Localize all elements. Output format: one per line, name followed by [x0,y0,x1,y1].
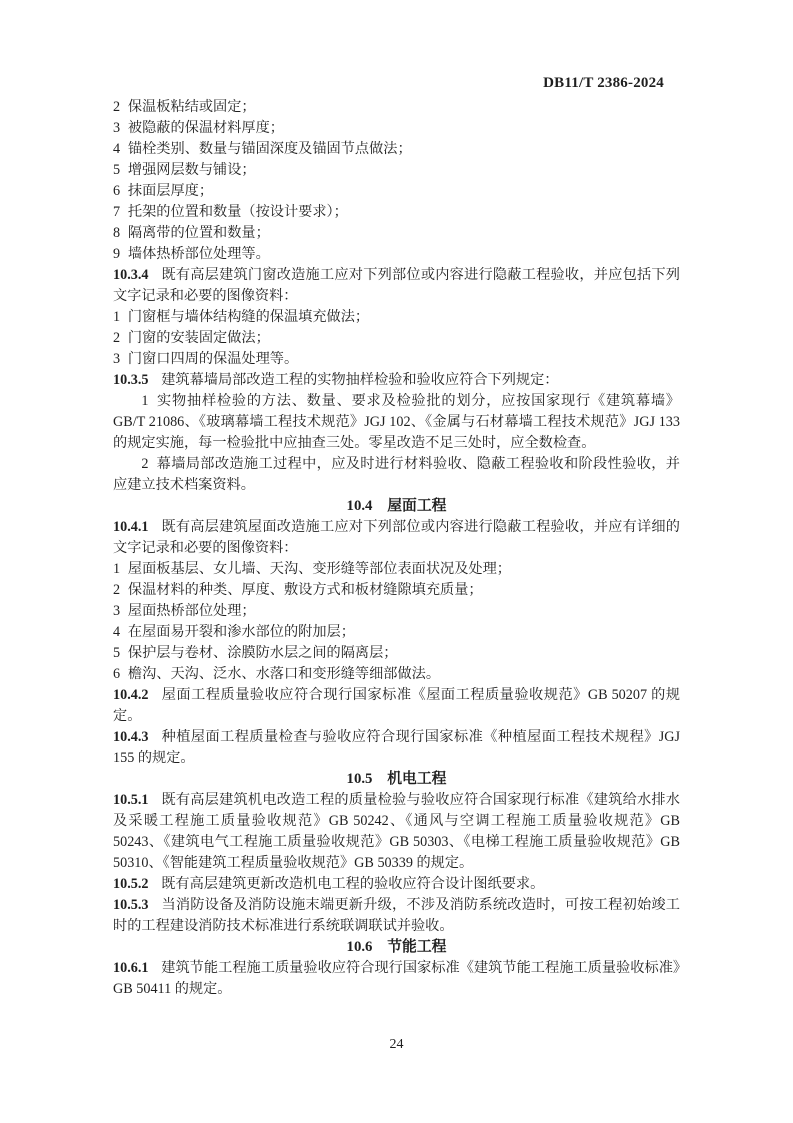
item-text: 墙体热桥部位处理等。 [128,246,270,262]
item-text: 抹面层厚度； [128,183,213,199]
clause-text: 既有高层建筑门窗改造施工应对下列部位或内容进行隐蔽工程验收，并应包括下列文字记录… [113,267,680,304]
item-number: 5 [113,645,120,661]
section-number: 10.4 [347,498,373,514]
clause-number: 10.4.1 [113,519,148,535]
list-item: 5增强网层数与铺设； [113,160,680,181]
clause-number: 10.5.2 [113,876,148,892]
item-number: 5 [113,162,120,178]
clause-paragraph: 10.4.2屋面工程质量验收应符合现行国家标准《屋面工程质量验收规范》GB 50… [113,685,680,727]
list-item: 8隔离带的位置和数量； [113,223,680,244]
item-text: 在屋面易开裂和渗水部位的附加层； [128,624,355,640]
page-content-area: DB11/T 2386-2024 2保温板粘结或固定；3被隐蔽的保温材料厚度；4… [0,0,793,1000]
item-text: 锚栓类别、数量与锚固深度及锚固节点做法； [128,141,412,157]
clause-number: 10.5.1 [113,792,148,808]
clause-number: 10.4.2 [113,687,148,703]
item-text: 门窗的安装固定做法； [128,330,270,346]
clause-number: 10.4.3 [113,729,148,745]
list-item: 5保护层与卷材、涂膜防水层之间的隔离层； [113,643,680,664]
list-item: 3被隐蔽的保温材料厚度； [113,118,680,139]
clause-number: 10.5.3 [113,897,148,913]
item-text: 檐沟、天沟、泛水、水落口和变形缝等细部做法。 [128,666,440,682]
list-item: 4锚栓类别、数量与锚固深度及锚固节点做法； [113,139,680,160]
clause-text: 既有高层建筑更新改造机电工程的验收应符合设计图纸要求。 [161,876,544,892]
item-text: 门窗框与墙体结构缝的保温填充做法； [128,309,369,325]
page-number: 24 [390,1037,404,1052]
page-footer: 24 [0,1036,793,1054]
item-number: 2 [141,456,148,472]
clause-text: 当消防设备及消防设施末端更新升级，不涉及消防系统改造时，可按工程初始竣工时的工程… [113,897,680,934]
list-item: 4在屋面易开裂和渗水部位的附加层； [113,622,680,643]
clause-paragraph: 10.4.3种植屋面工程质量检查与验收应符合现行国家标准《种植屋面工程技术规程》… [113,727,680,769]
item-number: 1 [141,393,148,409]
item-number: 2 [113,330,120,346]
item-text: 保护层与卷材、涂膜防水层之间的隔离层； [128,645,398,661]
clause-paragraph: 10.3.4既有高层建筑门窗改造施工应对下列部位或内容进行隐蔽工程验收，并应包括… [113,265,680,307]
item-number: 9 [113,246,120,262]
clause-paragraph: 10.5.2既有高层建筑更新改造机电工程的验收应符合设计图纸要求。 [113,874,680,895]
item-number: 3 [113,120,120,136]
list-item: 3屋面热桥部位处理； [113,601,680,622]
item-text: 被隐蔽的保温材料厚度； [128,120,284,136]
list-item: 6抹面层厚度； [113,181,680,202]
list-item: 7托架的位置和数量（按设计要求）； [113,202,680,223]
sub-paragraph: 1实物抽样检验的方法、数量、要求及检验批的划分，应按国家现行《建筑幕墙》GB/T… [113,391,680,454]
clause-text: 既有高层建筑屋面改造施工应对下列部位或内容进行隐蔽工程验收，并应有详细的文字记录… [113,519,680,556]
page-header: DB11/T 2386-2024 [113,74,680,92]
clause-paragraph: 10.5.3当消防设备及消防设施末端更新升级，不涉及消防系统改造时，可按工程初始… [113,895,680,937]
list-item: 2门窗的安装固定做法； [113,328,680,349]
document-page: DB11/T 2386-2024 2保温板粘结或固定；3被隐蔽的保温材料厚度；4… [0,0,793,1123]
clause-number: 10.6.1 [113,960,148,976]
item-text: 隔离带的位置和数量； [128,225,270,241]
doc-number: DB11/T 2386-2024 [543,75,664,91]
section-number: 10.6 [347,939,373,955]
item-number: 2 [113,99,120,115]
clause-text: 屋面工程质量验收应符合现行国家标准《屋面工程质量验收规范》GB 50207 的规… [113,687,680,724]
clause-text: 种植屋面工程质量检查与验收应符合现行国家标准《种植屋面工程技术规程》JGJ 15… [113,729,680,766]
list-item: 1屋面板基层、女儿墙、天沟、变形缝等部位表面状况及处理； [113,559,680,580]
clause-text: 建筑幕墙局部改造工程的实物抽样检验和验收应符合下列规定： [161,372,558,388]
item-number: 8 [113,225,120,241]
item-text: 实物抽样检验的方法、数量、要求及检验批的划分，应按国家现行《建筑幕墙》GB/T … [113,393,680,451]
clause-number: 10.3.4 [113,267,148,283]
sub-paragraph: 2幕墙局部改造施工过程中，应及时进行材料验收、隐蔽工程验收和阶段性验收，并应建立… [113,454,680,496]
section-title: 屋面工程 [387,498,446,514]
section-heading: 10.4屋面工程 [113,496,680,517]
item-number: 6 [113,183,120,199]
section-title: 节能工程 [387,939,446,955]
item-number: 4 [113,624,120,640]
clause-paragraph: 10.6.1建筑节能工程施工质量验收应符合现行国家标准《建筑节能工程施工质量验收… [113,958,680,1000]
list-item: 2保温材料的种类、厚度、敷设方式和板材缝隙填充质量； [113,580,680,601]
list-item: 9墙体热桥部位处理等。 [113,244,680,265]
clause-number: 10.3.5 [113,372,148,388]
item-text: 保温板粘结或固定； [128,99,256,115]
item-number: 6 [113,666,120,682]
item-text: 增强网层数与铺设； [128,162,256,178]
item-text: 保温材料的种类、厚度、敷设方式和板材缝隙填充质量； [128,582,483,598]
item-text: 屋面热桥部位处理； [128,603,256,619]
item-text: 门窗口四周的保温处理等。 [128,351,298,367]
item-number: 7 [113,204,120,220]
section-heading: 10.5机电工程 [113,769,680,790]
clause-paragraph: 10.3.5建筑幕墙局部改造工程的实物抽样检验和验收应符合下列规定： [113,370,680,391]
list-item: 1门窗框与墙体结构缝的保温填充做法； [113,307,680,328]
list-item: 3门窗口四周的保温处理等。 [113,349,680,370]
clause-paragraph: 10.4.1既有高层建筑屋面改造施工应对下列部位或内容进行隐蔽工程验收，并应有详… [113,517,680,559]
item-number: 1 [113,561,120,577]
item-number: 1 [113,309,120,325]
item-number: 4 [113,141,120,157]
item-text: 托架的位置和数量（按设计要求）； [128,204,348,220]
item-number: 3 [113,603,120,619]
list-item: 6檐沟、天沟、泛水、水落口和变形缝等细部做法。 [113,664,680,685]
item-number: 2 [113,582,120,598]
item-text: 幕墙局部改造施工过程中，应及时进行材料验收、隐蔽工程验收和阶段性验收，并应建立技… [113,456,680,493]
document-body: 2保温板粘结或固定；3被隐蔽的保温材料厚度；4锚栓类别、数量与锚固深度及锚固节点… [113,97,680,1000]
list-item: 2保温板粘结或固定； [113,97,680,118]
clause-text: 建筑节能工程施工质量验收应符合现行国家标准《建筑节能工程施工质量验收标准》GB … [113,960,680,997]
item-text: 屋面板基层、女儿墙、天沟、变形缝等部位表面状况及处理； [128,561,511,577]
section-heading: 10.6节能工程 [113,937,680,958]
clause-text: 既有高层建筑机电改造工程的质量检验与验收应符合国家现行标准《建筑给水排水及采暖工… [113,792,680,871]
clause-paragraph: 10.5.1既有高层建筑机电改造工程的质量检验与验收应符合国家现行标准《建筑给水… [113,790,680,874]
section-title: 机电工程 [387,771,446,787]
section-number: 10.5 [347,771,373,787]
item-number: 3 [113,351,120,367]
